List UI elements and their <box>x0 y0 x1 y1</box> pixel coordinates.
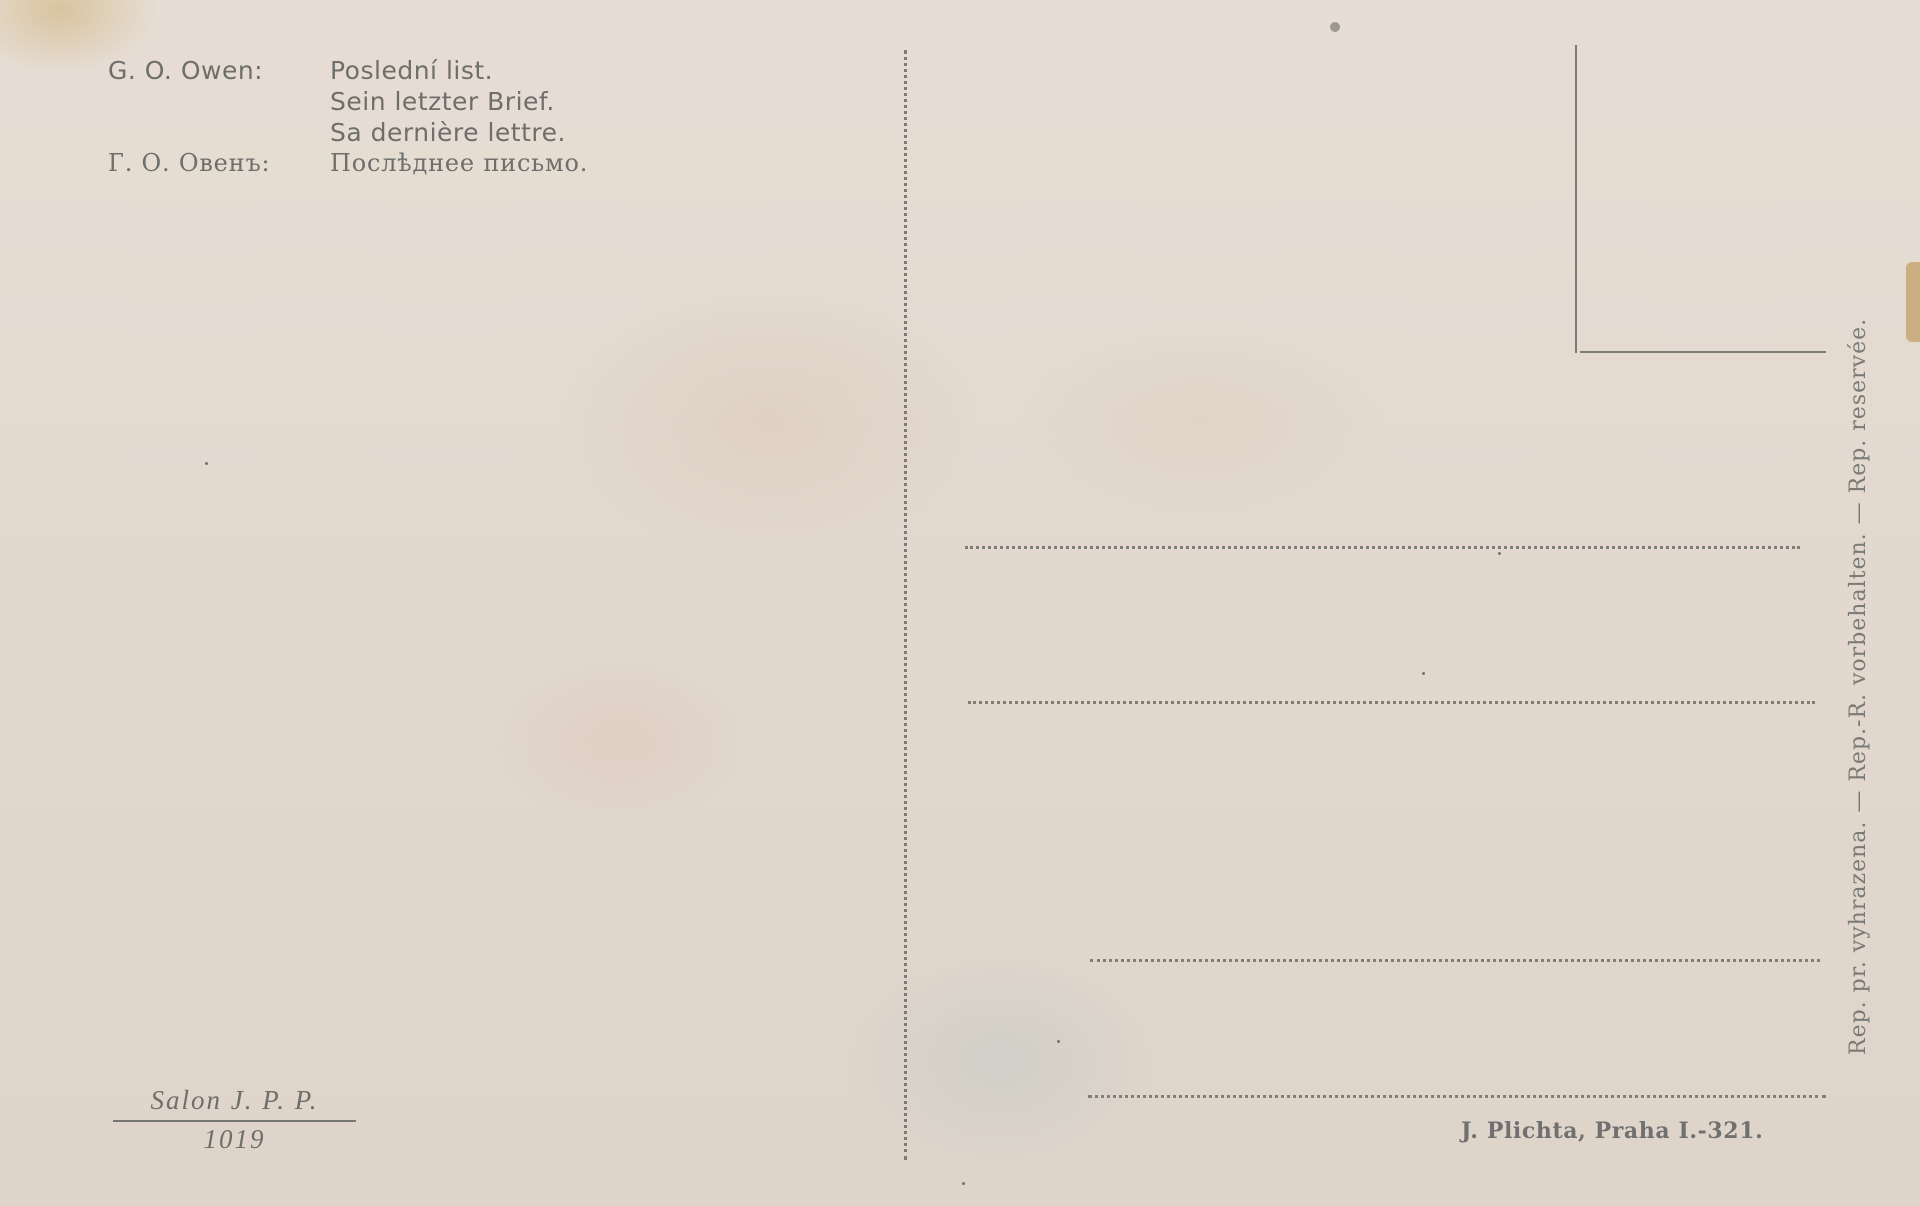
stamp-box-left-border <box>1575 45 1577 353</box>
paper-stain <box>1906 262 1920 342</box>
caption-title: Послѣднее письмо. <box>330 148 588 179</box>
stamp-box-bottom-border <box>1580 351 1826 353</box>
address-line-3 <box>1090 959 1820 962</box>
caption-row-french: Sa dernière lettre. <box>108 117 588 148</box>
caption-row-german: Sein letzter Brief. <box>108 86 588 117</box>
address-line-2 <box>968 701 1815 704</box>
paper-speck <box>1330 22 1340 32</box>
caption-author <box>108 86 330 117</box>
paper-speck <box>1057 1040 1060 1043</box>
caption-row-russian: Г. О. Овенъ: Послѣднее письмо. <box>108 148 588 179</box>
salon-imprint: Salon J. P. P. 1019 <box>113 1085 356 1155</box>
artwork-caption: G. O. Owen: Poslední list. Sein letzter … <box>108 55 588 179</box>
message-address-divider <box>904 50 907 1160</box>
salon-name: Salon J. P. P. <box>113 1085 356 1122</box>
caption-row-czech: G. O. Owen: Poslední list. <box>108 55 588 86</box>
address-line-1 <box>965 546 1800 549</box>
caption-title: Sein letzter Brief. <box>330 86 555 117</box>
address-line-4 <box>1088 1095 1826 1098</box>
caption-title: Sa dernière lettre. <box>330 117 566 148</box>
paper-speck <box>962 1182 965 1185</box>
postcard-back: G. O. Owen: Poslední list. Sein letzter … <box>0 0 1920 1206</box>
publisher-imprint: J. Plichta, Praha I.-321. <box>1461 1118 1763 1144</box>
reproduction-rights-notice: Rep. pr. vyhrazena. — Rep.-R. vorbehalte… <box>1846 318 1871 1055</box>
salon-number: 1019 <box>113 1124 356 1155</box>
paper-speck <box>1422 672 1425 675</box>
caption-author <box>108 117 330 148</box>
paper-speck <box>1498 552 1501 555</box>
caption-title: Poslední list. <box>330 55 493 86</box>
caption-author: G. O. Owen: <box>108 55 330 86</box>
paper-speck <box>205 462 208 465</box>
caption-author: Г. О. Овенъ: <box>108 148 330 179</box>
